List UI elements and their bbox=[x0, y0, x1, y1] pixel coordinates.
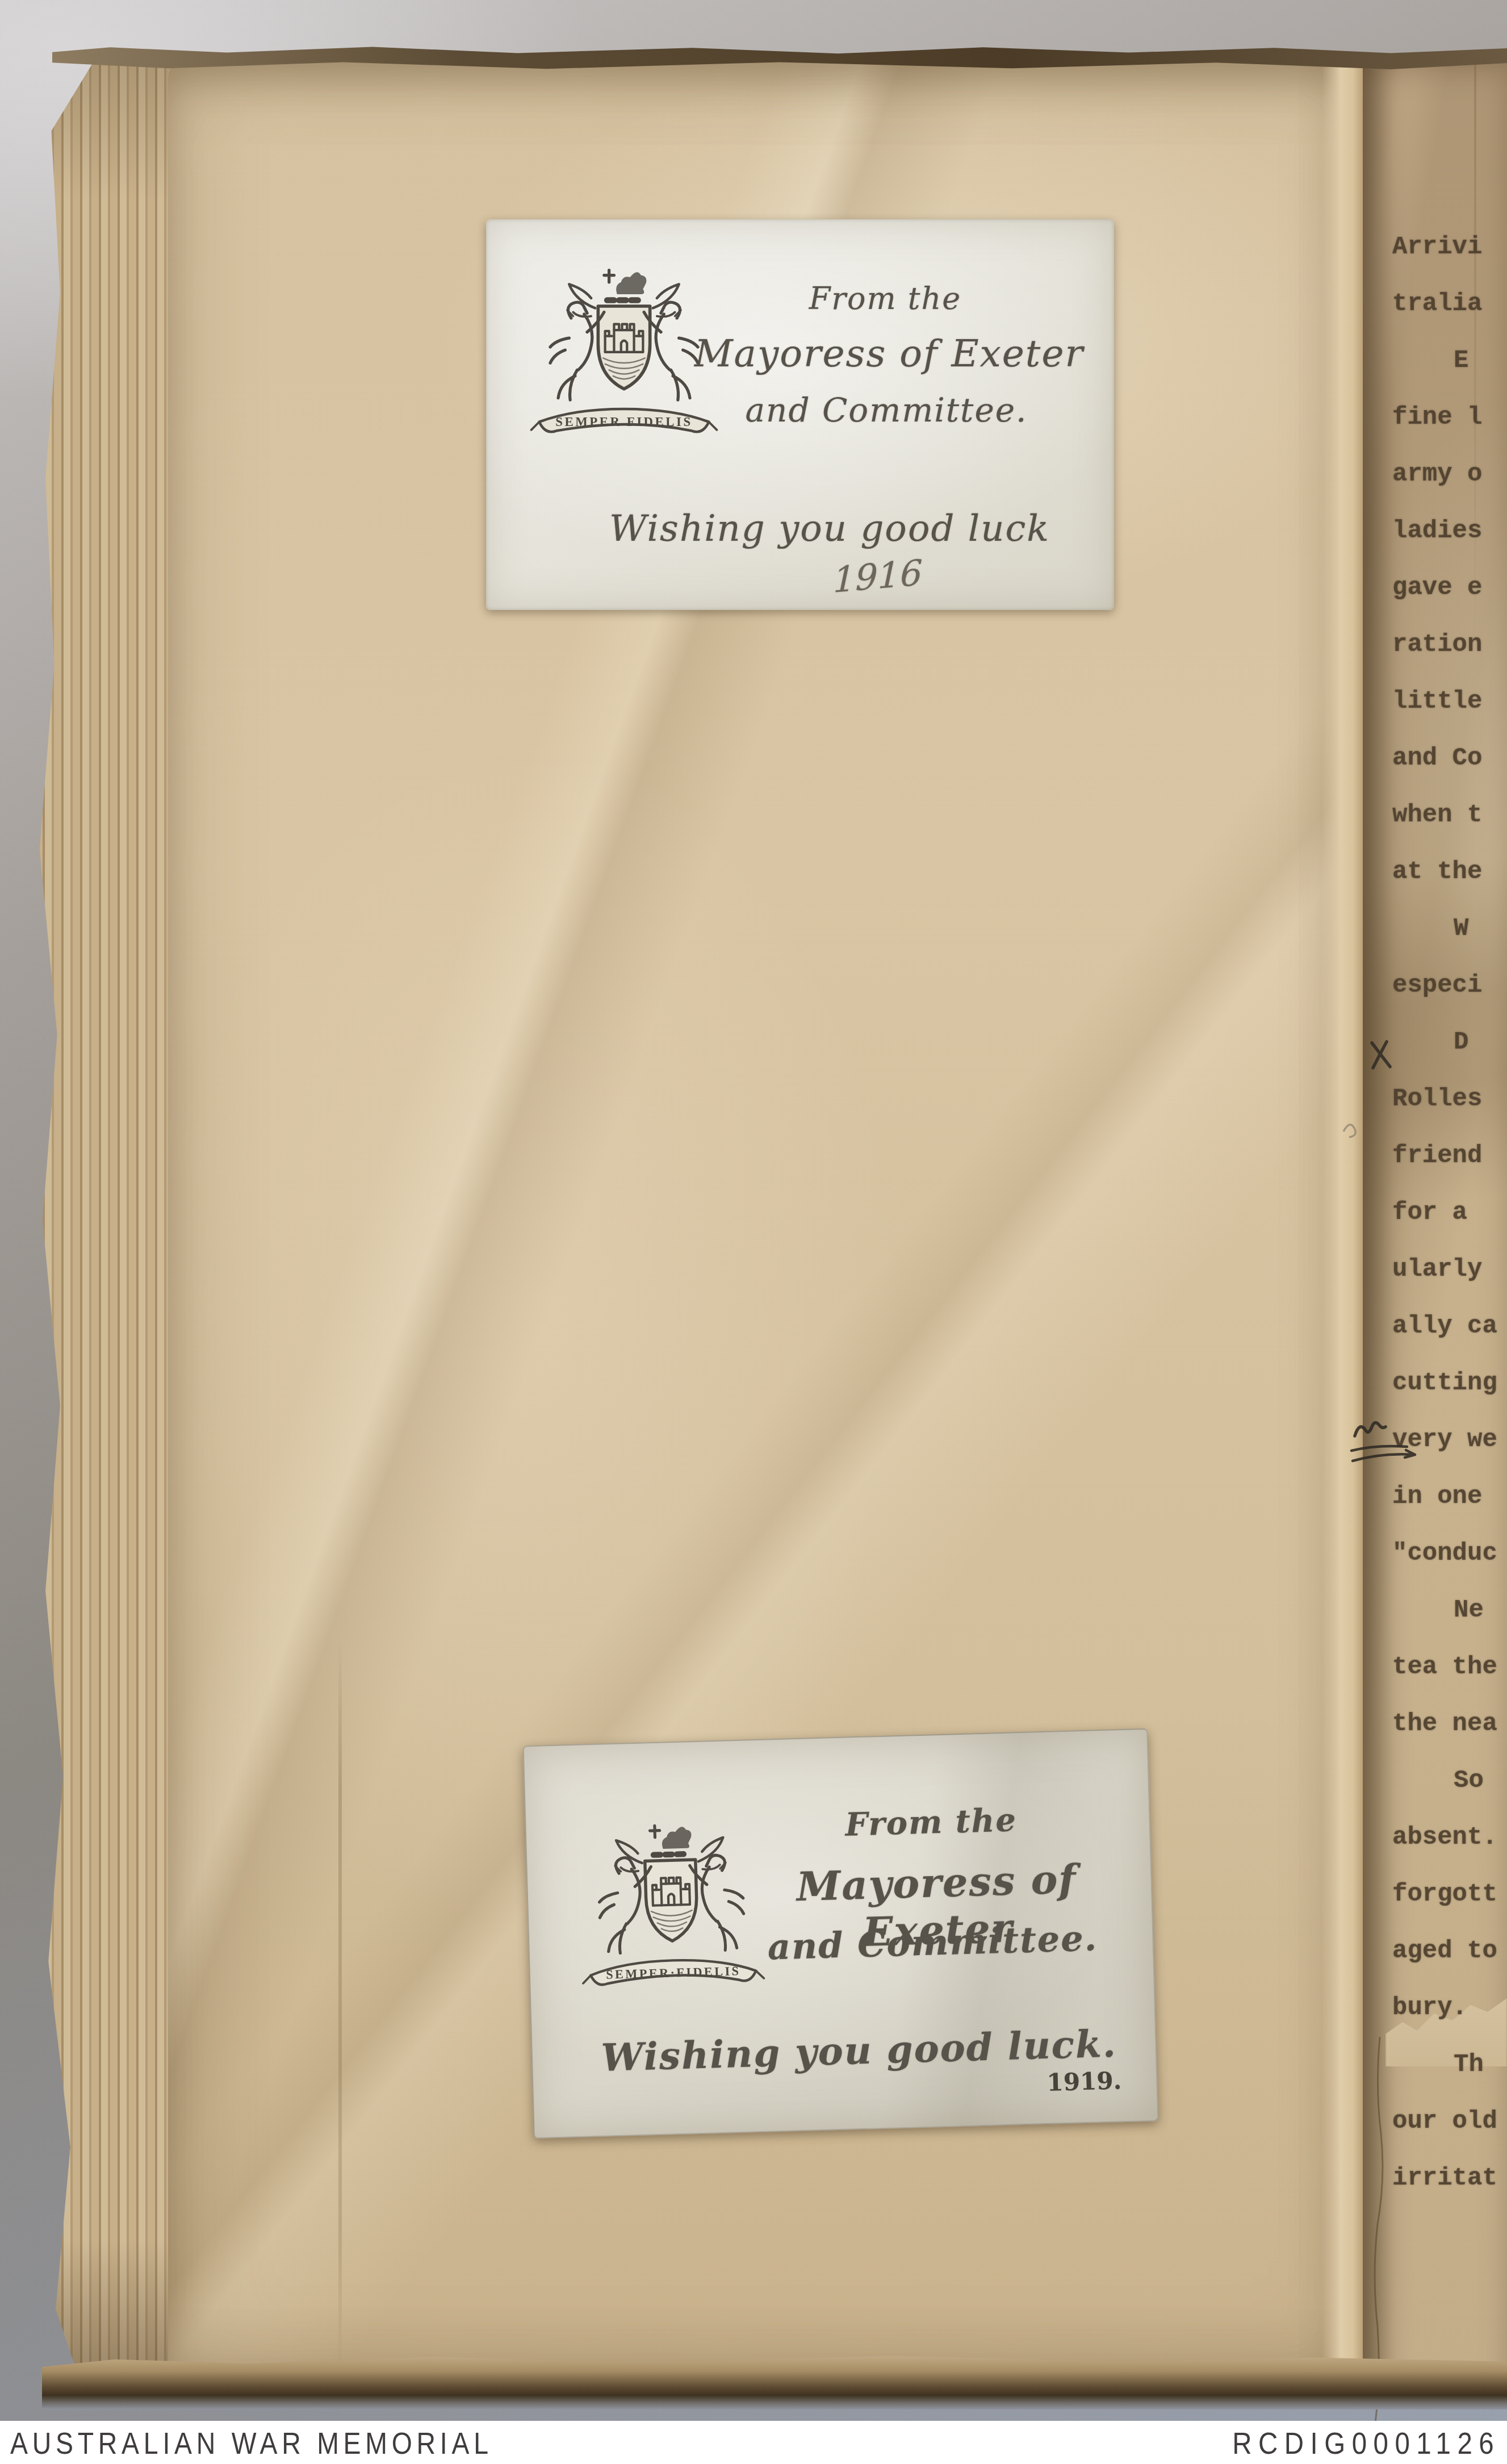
crest-motto: SEMPER FIDELIS bbox=[555, 415, 692, 429]
typed-line: So bbox=[1392, 1752, 1507, 1809]
typed-line: absent. bbox=[1392, 1809, 1507, 1866]
typed-line: the nea bbox=[1392, 1695, 1507, 1752]
typed-line: "conduc bbox=[1392, 1525, 1507, 1582]
archive-name-label: AUSTRALIAN WAR MEMORIAL bbox=[10, 2421, 493, 2464]
typed-line: when t bbox=[1392, 787, 1507, 843]
ink-annotation-cross bbox=[1363, 1035, 1403, 1080]
good-luck-card-1916: SEMPER FIDELIS From the Mayoress of Exet… bbox=[486, 219, 1114, 610]
typed-line: army o bbox=[1392, 446, 1507, 503]
typed-line: D bbox=[1392, 1014, 1507, 1071]
typed-line: forgott bbox=[1392, 1866, 1507, 1923]
card-from-line: From the bbox=[725, 281, 1046, 316]
typed-line: irritat bbox=[1392, 2150, 1507, 2207]
typed-line: ally ca bbox=[1392, 1298, 1507, 1355]
typed-line: Rolles bbox=[1392, 1071, 1507, 1127]
card-from-line: From the bbox=[770, 1799, 1092, 1846]
typed-line: ularly bbox=[1392, 1241, 1507, 1298]
book-left-page-edges bbox=[35, 61, 182, 2379]
page-crease bbox=[338, 1640, 342, 2373]
page-curled-edge bbox=[1322, 61, 1364, 2374]
ink-annotation-squiggle bbox=[1347, 1405, 1432, 1473]
handwritten-year: 1916 bbox=[804, 549, 952, 603]
scan-photo-background: Arrivi tralia E fine l army o ladies gav… bbox=[0, 0, 1507, 2421]
viewer-footer-bar: AUSTRALIAN WAR MEMORIAL RCDIG0001126 bbox=[0, 2421, 1507, 2464]
card-message: Wishing you good luck bbox=[549, 508, 1111, 550]
typed-line: Th bbox=[1392, 2036, 1507, 2093]
typed-line: W bbox=[1392, 900, 1507, 957]
typed-line: E bbox=[1392, 332, 1507, 389]
good-luck-card-1919: SEMPER·FIDELIS From the Mayoress of Exet… bbox=[523, 1728, 1159, 2139]
typed-line: little bbox=[1392, 673, 1507, 730]
printed-year: 1919. bbox=[1039, 2066, 1130, 2097]
typed-line: aged to bbox=[1392, 1923, 1507, 1979]
typed-line: especi bbox=[1392, 957, 1507, 1014]
typed-line: tralia bbox=[1392, 275, 1507, 332]
typed-line: ration bbox=[1392, 616, 1507, 673]
crest-motto: SEMPER·FIDELIS bbox=[606, 1964, 741, 1982]
typed-line: Arrivi bbox=[1392, 219, 1507, 275]
typed-line: for a bbox=[1392, 1184, 1507, 1241]
typed-line: friend bbox=[1392, 1127, 1507, 1184]
typed-line: tea the bbox=[1392, 1639, 1507, 1695]
digitised-scrapbook-page: Arrivi tralia E fine l army o ladies gav… bbox=[0, 0, 1507, 2464]
typed-diary-page-sliver: Arrivi tralia E fine l army o ladies gav… bbox=[1363, 55, 1507, 2379]
typed-line: at the bbox=[1392, 843, 1507, 900]
item-id-label: RCDIG0001126 bbox=[1232, 2421, 1500, 2464]
typed-line: fine l bbox=[1392, 389, 1507, 446]
typed-line: in one bbox=[1392, 1468, 1507, 1525]
typed-line: Ne bbox=[1392, 1582, 1507, 1639]
typed-line: and Co bbox=[1392, 730, 1507, 787]
typed-line: our old bbox=[1392, 2093, 1507, 2150]
typed-line: ladies bbox=[1392, 503, 1507, 559]
typed-line: cutting bbox=[1392, 1355, 1507, 1411]
typed-line: gave e bbox=[1392, 559, 1507, 616]
card-org-line: Mayoress of Exeter bbox=[673, 332, 1105, 375]
pencil-mark bbox=[1339, 1112, 1362, 1141]
typed-text-column: Arrivi tralia E fine l army o ladies gav… bbox=[1392, 219, 1507, 2218]
card-committee-line: and Committee. bbox=[679, 391, 1094, 429]
typed-line: bury. bbox=[1392, 1979, 1507, 2036]
